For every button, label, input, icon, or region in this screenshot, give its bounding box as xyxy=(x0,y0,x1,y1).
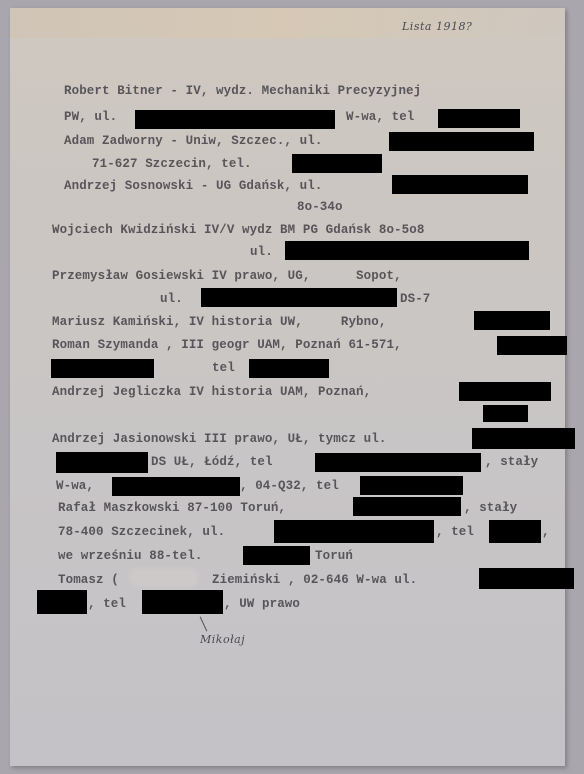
entry-line: Rafał Maszkowski 87-100 Toruń, xyxy=(58,500,286,516)
redaction-block xyxy=(489,520,541,543)
entry-line: W-wa, tel xyxy=(346,109,414,125)
entry-line: , 04-Q32, tel xyxy=(240,478,339,494)
entry-line: , tel xyxy=(436,524,474,540)
redaction-block xyxy=(274,520,434,543)
handwritten-header-note: Lista 1918? xyxy=(402,20,472,33)
entry-line: , stały xyxy=(485,454,538,470)
erased-region xyxy=(130,568,198,588)
entry-line: Tomasz ( xyxy=(58,572,119,588)
entry-line: Ziemiński , 02-646 W-wa ul. xyxy=(212,572,417,588)
redaction-block xyxy=(438,109,520,128)
redaction-block xyxy=(142,590,223,614)
entry-line: Robert Bitner - IV, wydz. Mechaniki Prec… xyxy=(64,83,421,99)
redaction-block xyxy=(472,428,575,449)
entry-line: 78-400 Szczecinek, ul. xyxy=(58,524,225,540)
entry-line: W-wa, xyxy=(56,478,94,494)
entry-line: Andrzej Sosnowski - UG Gdańsk, ul. xyxy=(64,178,322,194)
redaction-block xyxy=(285,241,529,260)
redaction-block xyxy=(497,336,567,355)
redaction-block xyxy=(459,382,551,401)
entry-line: , xyxy=(542,524,550,540)
redaction-block xyxy=(360,476,463,495)
entry-line: DS-7 xyxy=(400,291,430,307)
entry-line: , stały xyxy=(464,500,517,516)
redaction-block xyxy=(249,359,329,378)
entry-line: , UW prawo xyxy=(224,596,300,612)
redaction-block xyxy=(201,288,397,307)
entry-line: , tel xyxy=(88,596,126,612)
entry-line: ul. xyxy=(250,244,273,260)
entry-line: Andrzej Jegliczka IV historia UAM, Pozna… xyxy=(52,384,371,400)
redaction-block xyxy=(483,405,528,422)
entry-line: PW, ul. xyxy=(64,109,117,125)
redaction-block xyxy=(243,546,310,565)
entry-line: DS UŁ, Łódź, tel xyxy=(151,454,273,470)
entry-line: Toruń xyxy=(315,548,353,564)
entry-line: 71-627 Szczecin, tel. xyxy=(92,156,252,172)
entry-line: ul. xyxy=(160,291,183,307)
entry-line: Przemysław Gosiewski IV prawo, UG, Sopot… xyxy=(52,268,402,284)
redaction-block xyxy=(51,359,154,378)
entry-line: tel xyxy=(212,360,235,376)
redaction-block xyxy=(292,154,382,173)
redaction-block xyxy=(135,110,335,129)
entry-line: Wojciech Kwidziński IV/V wydz BM PG Gdań… xyxy=(52,222,424,238)
redaction-block xyxy=(389,132,534,151)
redaction-block xyxy=(56,452,148,473)
entry-line: Adam Zadworny - Uniw, Szczec., ul. xyxy=(64,133,322,149)
entry-line: 8o-34o xyxy=(297,199,343,215)
entry-line: we wrześniu 88-tel. xyxy=(58,548,202,564)
redaction-block xyxy=(479,568,574,589)
redaction-block xyxy=(37,590,87,614)
redaction-block xyxy=(315,453,481,472)
entry-line: Andrzej Jasionowski III prawo, UŁ, tymcz… xyxy=(52,431,386,447)
entry-line: Mariusz Kamiński, IV historia UW, Rybno, xyxy=(52,314,386,330)
handwritten-footer-note: Mikołaj xyxy=(200,633,245,646)
redaction-block xyxy=(353,497,461,516)
redaction-block xyxy=(112,477,240,496)
redaction-block xyxy=(392,175,528,194)
entry-line: Roman Szymanda , III geogr UAM, Poznań 6… xyxy=(52,337,402,353)
redaction-block xyxy=(474,311,550,330)
